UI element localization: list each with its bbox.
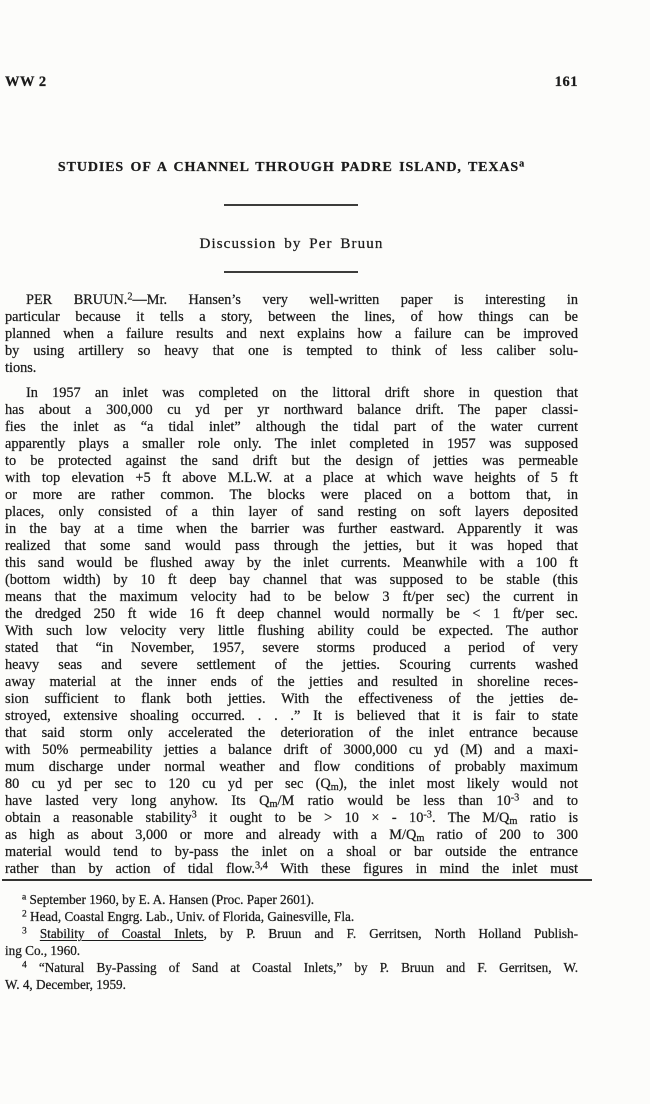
sup-text: 3	[192, 809, 197, 820]
text-line: apparently plays a smaller role only. Th…	[5, 436, 578, 453]
text-line: obtain a reasonable stability3 it ought …	[5, 810, 578, 827]
text-line: rather than by action of tidal flow.3,4 …	[5, 861, 578, 878]
text-line: 2 Head, Coastal Engrg. Lab., Univ. of Fl…	[5, 908, 578, 925]
text-line: has about a 300,000 cu yd per yr northwa…	[5, 402, 578, 419]
text-line: With such low velocity very little flush…	[5, 623, 578, 640]
text-line: places, only consisted of a thin layer o…	[5, 504, 578, 521]
text-line: as high as about 3,000 or more and alrea…	[5, 827, 578, 844]
journal-code: WW 2	[5, 74, 47, 91]
text-line: mum discharge under normal weather and f…	[5, 759, 578, 776]
text-line: In 1957 an inlet was completed on the li…	[5, 385, 578, 402]
scanned-document-page: WW 2 161 STUDIES OF A CHANNEL THROUGH PA…	[0, 0, 650, 1104]
text-line: with top elevation +5 ft above M.L.W. at…	[5, 470, 578, 487]
text-line: away material at the inner ends of the j…	[5, 674, 578, 691]
text-line: W. 4, December, 1959.	[5, 976, 578, 993]
title-divider-top	[224, 204, 358, 206]
article-title: STUDIES OF A CHANNEL THROUGH PADRE ISLAN…	[5, 160, 578, 176]
text-line: this sand would be flushed away by the i…	[5, 555, 578, 572]
text-line: means that the maximum velocity had to b…	[5, 589, 578, 606]
text-line: a September 1960, by E. A. Hansen (Proc.…	[5, 891, 578, 908]
text-line: material would tend to by-pass the inlet…	[5, 844, 578, 861]
text-line: in the bay at a time when the barrier wa…	[5, 521, 578, 538]
sup-text: 3,4	[255, 860, 268, 871]
sub-text: m	[269, 799, 277, 810]
paragraph: In 1957 an inlet was completed on the li…	[5, 385, 578, 878]
sub-text: m	[416, 833, 424, 844]
sup-text: 3	[22, 927, 27, 937]
text-line: have lasted very long anyhow. Its Qm/M r…	[5, 793, 578, 810]
paragraph: PER BRUUN.2—Mr. Hansen’s very well-writt…	[5, 292, 578, 377]
footnotes: a September 1960, by E. A. Hansen (Proc.…	[5, 891, 578, 993]
text-line: or more are rather common. The blocks we…	[5, 487, 578, 504]
text-line: with 50% permeability jetties a balance …	[5, 742, 578, 759]
text-line: the dredged 250 ft wide 16 ft deep chann…	[5, 606, 578, 623]
text-line: heavy seas and severe settlement of the …	[5, 657, 578, 674]
text-line: stated that “in November, 1957, severe s…	[5, 640, 578, 657]
sup-text: -3	[423, 809, 432, 820]
page-header: WW 2 161	[5, 74, 578, 91]
text-line: 4 “Natural By-Passing of Sand at Coastal…	[5, 959, 578, 976]
text-line: that said storm only accelerated the det…	[5, 725, 578, 742]
sup-text: 4	[22, 961, 27, 971]
article-body: PER BRUUN.2—Mr. Hansen’s very well-writt…	[5, 292, 578, 878]
text-line: realized that some sand would pass throu…	[5, 538, 578, 555]
sub-text: m	[509, 816, 517, 827]
underlined-text: Stability of Coastal Inlets	[40, 926, 204, 941]
sup-text: -3	[511, 792, 520, 803]
text-line: to be protected against the sand drift b…	[5, 453, 578, 470]
text-line: ing Co., 1960.	[5, 942, 578, 959]
text-line: fies the inlet as “a tidal inlet” althou…	[5, 419, 578, 436]
sup-text: a	[519, 158, 525, 169]
title-divider-bottom	[224, 271, 358, 273]
sup-text: 2	[22, 910, 27, 920]
sup-text: 2	[127, 291, 132, 302]
text-line: by using artillery so heavy that one is …	[5, 343, 578, 360]
footnote-divider	[2, 879, 592, 881]
text-line: 3 Stability of Coastal Inlets, by P. Bru…	[5, 925, 578, 942]
text-line: sion sufficient to flank both jetties. W…	[5, 691, 578, 708]
text-line: particular because it tells a story, bet…	[5, 309, 578, 326]
text-line: tions.	[5, 360, 578, 377]
sub-text: m	[331, 782, 339, 793]
text-line: 80 cu yd per sec to 120 cu yd per sec (Q…	[5, 776, 578, 793]
text-line: planned when a failure results and next …	[5, 326, 578, 343]
byline: Discussion by Per Bruun	[5, 236, 578, 253]
text-line: PER BRUUN.2—Mr. Hansen’s very well-writt…	[5, 292, 578, 309]
sup-text: a	[22, 893, 26, 903]
text-line: (bottom width) by 10 ft deep bay channel…	[5, 572, 578, 589]
text-line: stroyed, extensive shoaling occurred. . …	[5, 708, 578, 725]
page-number: 161	[555, 74, 578, 91]
